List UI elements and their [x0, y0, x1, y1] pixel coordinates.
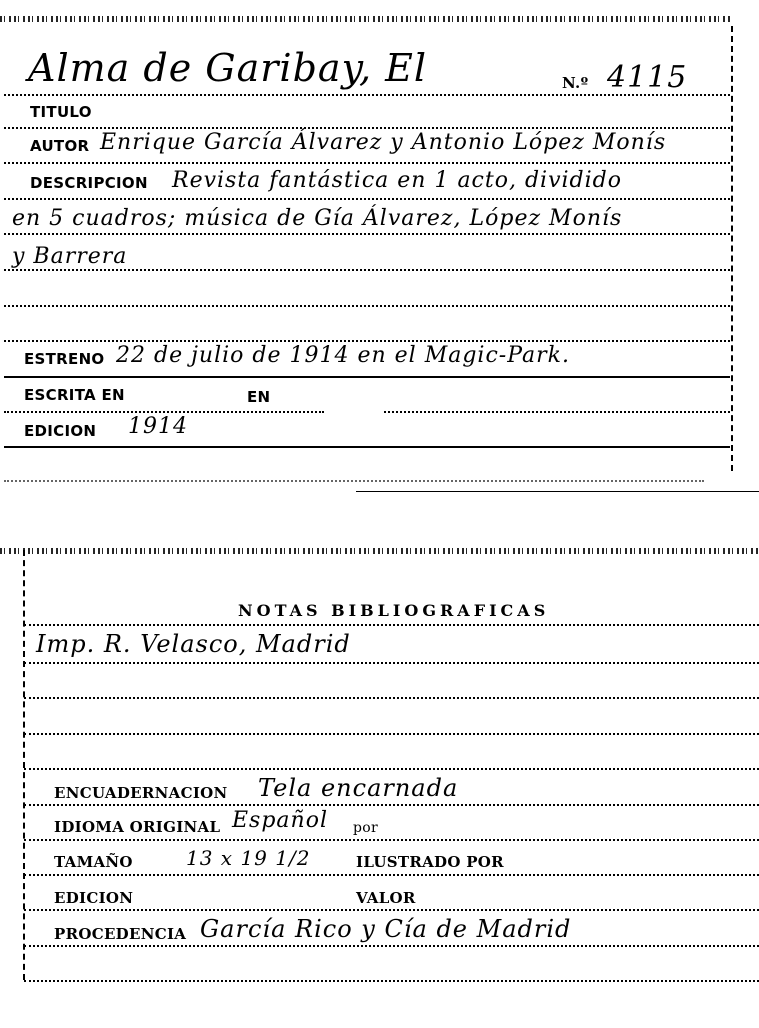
back-edition-label: EDICION [54, 889, 133, 907]
description-rule-4 [4, 305, 730, 307]
notes-rule-1 [24, 624, 759, 626]
notes-rule-5 [24, 768, 759, 770]
size-label: TAMAÑO [54, 853, 133, 871]
description-line-1: Revista fantástica en 1 acto, dividido [172, 168, 622, 193]
original-language-value: Español [232, 808, 328, 833]
front-card: Alma de Garibay, El N.º 4115 TITULO AUTO… [0, 0, 759, 500]
description-label: DESCRIPCION [30, 174, 148, 192]
binding-label: ENCUADERNACION [54, 784, 228, 802]
binding-rule [24, 804, 759, 806]
value-label: VALOR [356, 889, 416, 907]
edition-label: EDICION [24, 422, 96, 440]
size-value: 13 x 19 1/2 [186, 846, 310, 870]
premiere-rule [4, 376, 730, 378]
original-language-label: IDIOMA ORIGINAL [54, 818, 220, 836]
edition-value: 1914 [128, 414, 188, 439]
front-card-right-border [731, 26, 733, 471]
number-value: 4115 [607, 60, 687, 95]
number-label: N.º [562, 74, 588, 92]
notes-heading: NOTAS BIBLIOGRAFICAS [238, 601, 549, 620]
title-bottom-rule [4, 127, 730, 129]
description-line-2: en 5 cuadros; música de Gía Álvarez, Lóp… [12, 206, 622, 231]
notes-rule-3 [24, 697, 759, 699]
back-edition-rule [24, 909, 759, 911]
notes-rule-2 [24, 662, 759, 664]
author-value: Enrique García Álvarez y Antonio López M… [100, 130, 666, 155]
binding-value: Tela encarnada [258, 774, 458, 802]
back-card-bottom-rule [24, 980, 759, 982]
back-card-left-border [23, 550, 25, 980]
back-card: NOTAS BIBLIOGRAFICAS Imp. R. Velasco, Ma… [0, 540, 759, 1028]
description-line-3: y Barrera [12, 244, 127, 269]
written-in-label: ESCRITA EN [24, 386, 125, 404]
written-in-rule-left [4, 411, 324, 413]
illustrated-label: ILUSTRADO POR [356, 853, 504, 871]
description-rule-5 [4, 340, 730, 342]
author-label: AUTOR [30, 137, 89, 155]
provenance-label: PROCEDENCIA [54, 925, 186, 943]
written-in-second-label: EN [247, 388, 270, 406]
size-rule [24, 874, 759, 876]
by-label: por [353, 820, 378, 836]
front-card-underlay-edge [356, 491, 759, 492]
provenance-rule [24, 945, 759, 947]
provenance-value: García Rico y Cía de Madrid [200, 915, 571, 943]
description-rule-2 [4, 233, 730, 235]
edition-rule [4, 446, 730, 448]
title-rule [4, 94, 730, 96]
notes-rule-4 [24, 733, 759, 735]
description-rule-3 [4, 269, 730, 271]
front-card-bottom-edge [4, 480, 704, 482]
premiere-value: 22 de julio de 1914 en el Magic-Park. [116, 343, 570, 368]
author-rule [4, 162, 730, 164]
original-language-rule [24, 839, 759, 841]
description-rule-1 [4, 198, 730, 200]
title-value: Alma de Garibay, El [28, 46, 427, 90]
title-label: TITULO [30, 103, 92, 121]
notes-line-1: Imp. R. Velasco, Madrid [36, 630, 351, 658]
premiere-label: ESTRENO [24, 350, 104, 368]
written-in-rule-right [384, 411, 730, 413]
